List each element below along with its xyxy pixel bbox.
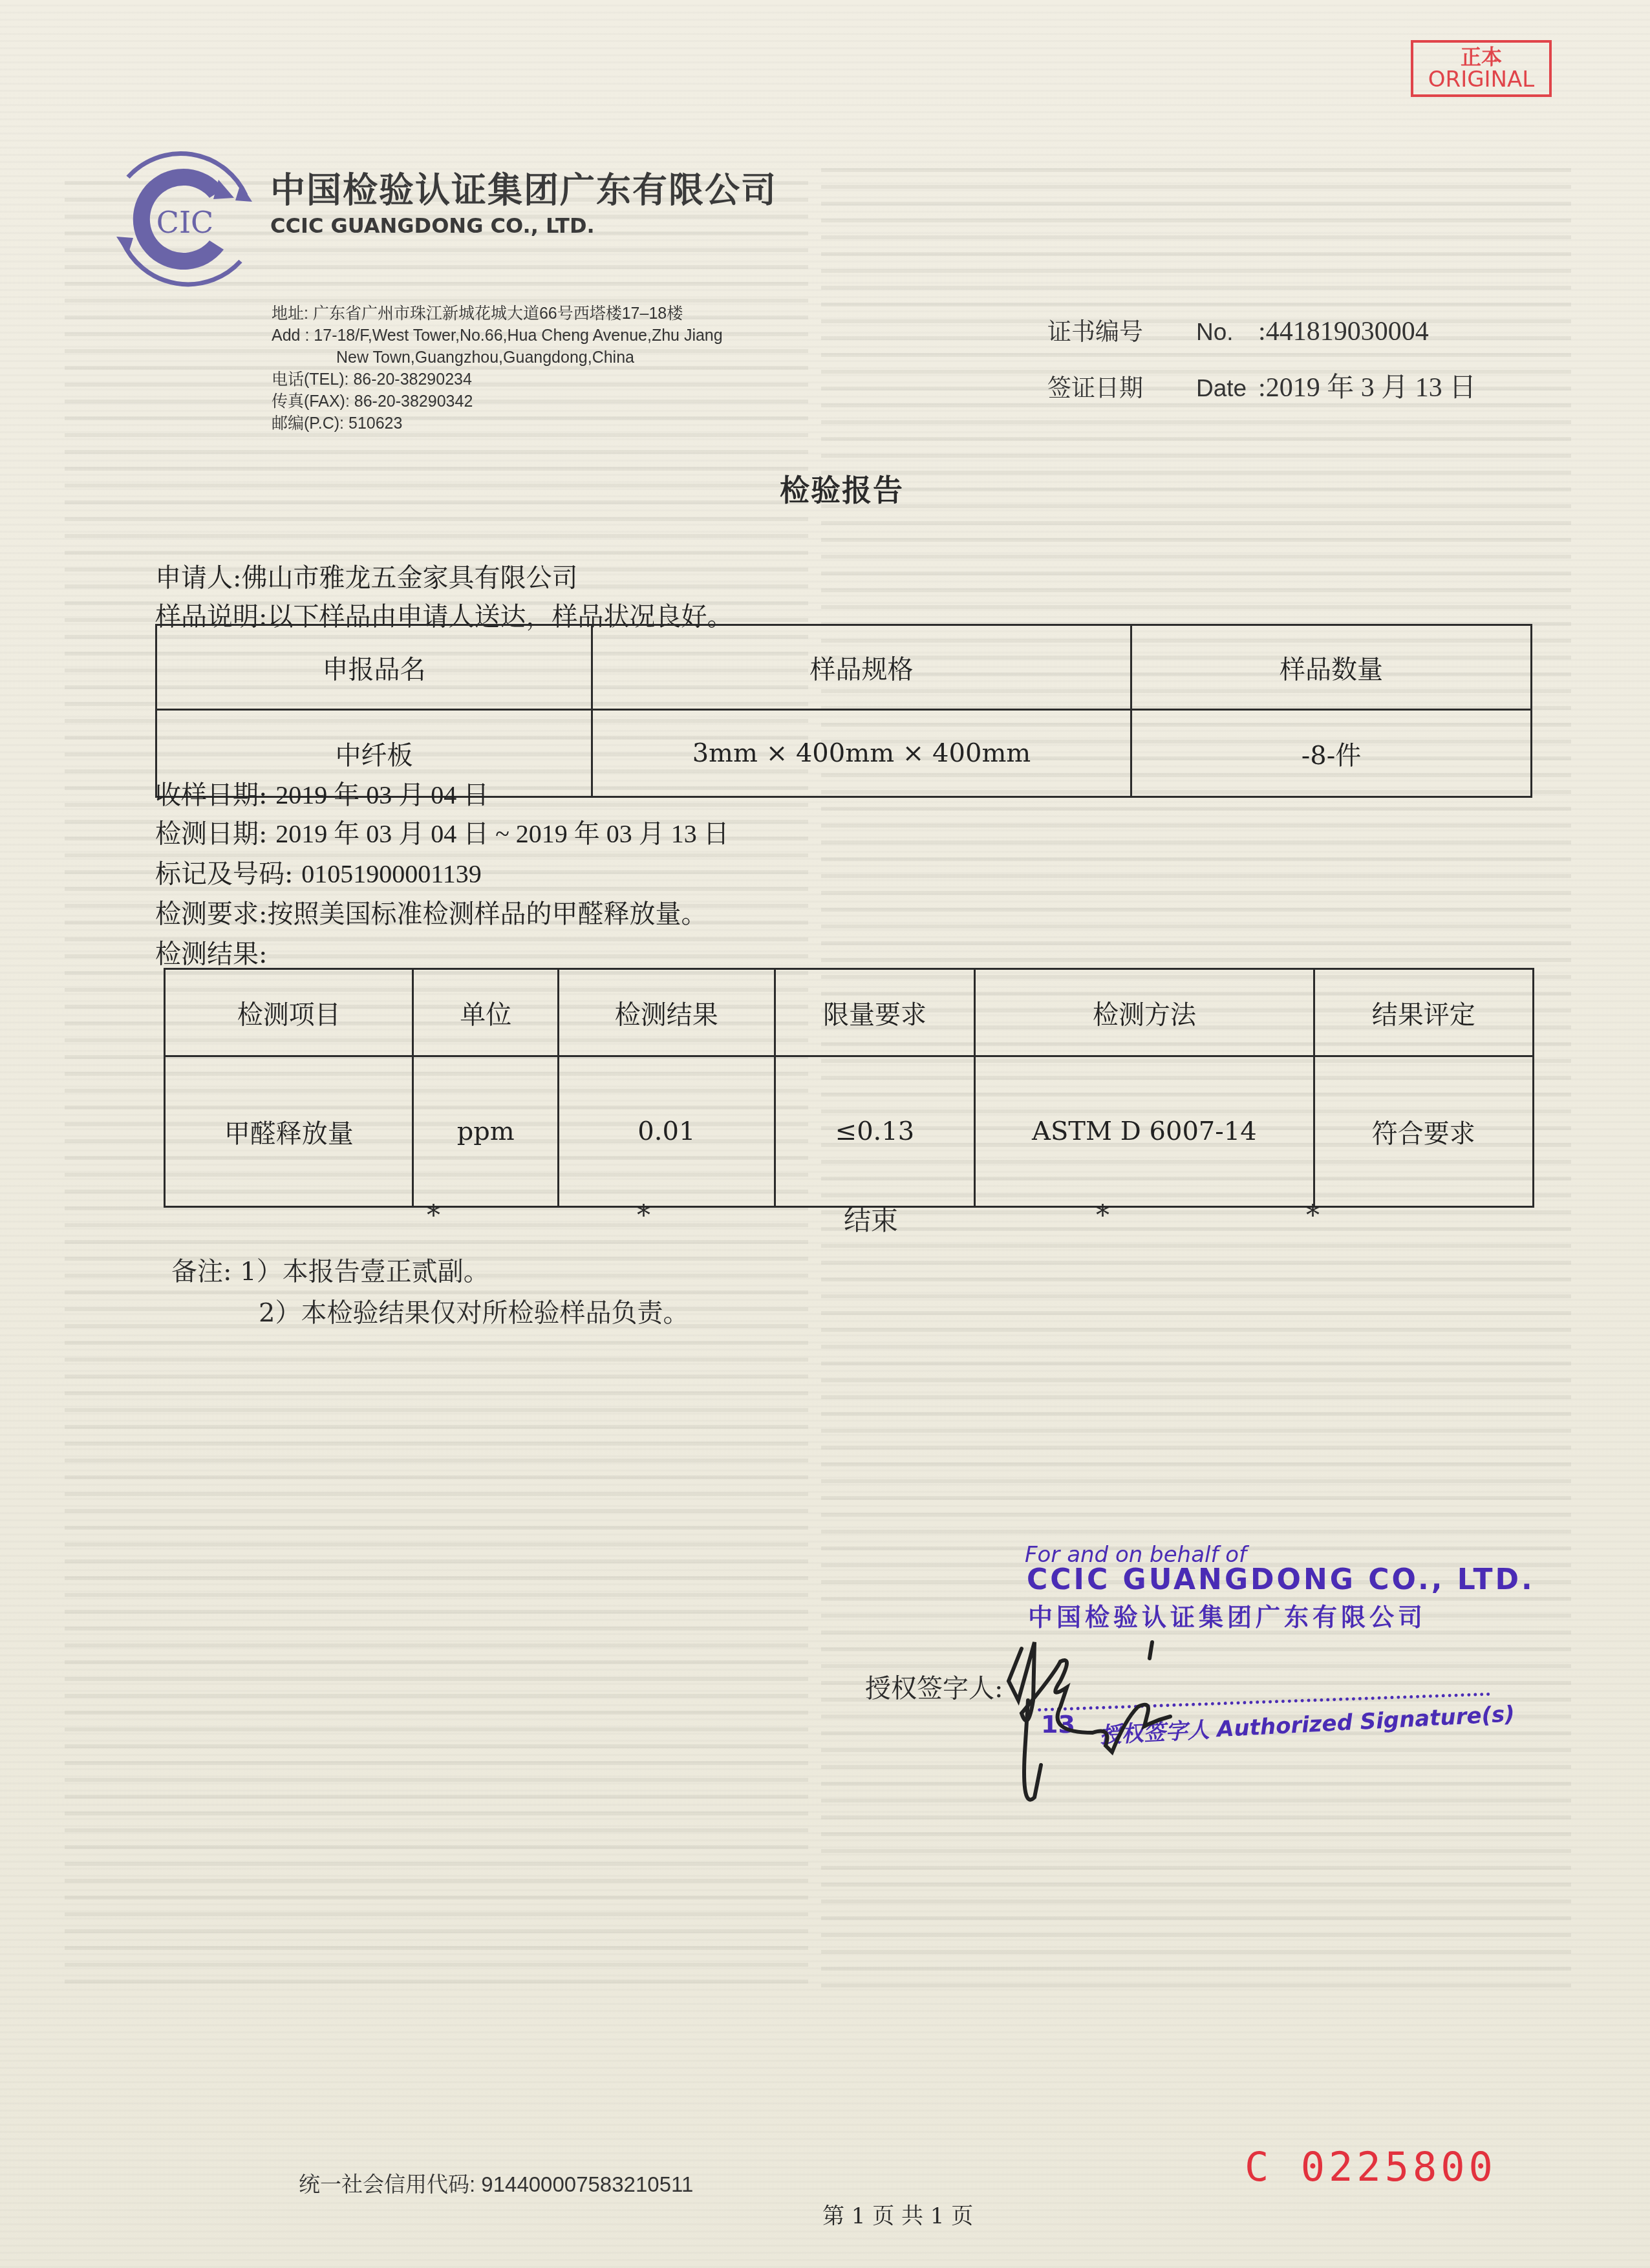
handwritten-signature-icon <box>983 1603 1254 1817</box>
cell-conclusion: 符合要求 <box>1314 1056 1533 1207</box>
fax: 传真(FAX): 86-20-38290342 <box>272 390 723 412</box>
cell-test-item: 甲醛释放量 <box>165 1056 413 1207</box>
company-name-en: CCIC GUANGDONG CO., LTD. <box>270 213 595 238</box>
remark-item-1: 1）本报告壹正贰副。 <box>240 1257 489 1287</box>
test-date-value: 2019 年 03 月 04 日 ~ 2019 年 03 月 13 日 <box>275 819 729 848</box>
end-mark-4: * <box>1096 1199 1109 1231</box>
remarks-label: 备注: <box>171 1257 231 1287</box>
header-test-method: 检测方法 <box>975 969 1314 1056</box>
cell-unit: ppm <box>413 1056 559 1207</box>
test-requirement-row: 检测要求:按照美国标准检测样品的甲醛释放量。 <box>155 893 707 930</box>
receive-date-row: 收样日期: 2019 年 03 月 04 日 <box>155 775 489 811</box>
mark-number-value: 01051900001139 <box>301 859 482 888</box>
postcode: 邮编(P.C): 510623 <box>272 412 723 434</box>
mark-number-row: 标记及号码: 01051900001139 <box>155 853 482 890</box>
page-number: 第 1 页 共 1 页 <box>822 2198 973 2230</box>
serial-number: C 0225800 <box>1245 2143 1497 2190</box>
original-stamp: 正本 ORIGINAL <box>1411 40 1552 97</box>
cell-limit: ≤0.13 <box>775 1056 975 1207</box>
remarks: 备注: 1）本报告壹正贰副。 2）本检验结果仅对所检验样品负责。 <box>171 1251 689 1334</box>
header-specification: 样品规格 <box>592 625 1131 710</box>
company-name-cn: 中国检验认证集团广东有限公司 <box>270 163 777 213</box>
ccic-logo-icon: CIC <box>102 138 266 300</box>
results-table-header: 检测项目 单位 检测结果 限量要求 检测方法 结果评定 <box>165 969 1534 1056</box>
header-unit: 单位 <box>413 969 559 1056</box>
header-test-item: 检测项目 <box>165 969 413 1056</box>
sample-table: 申报品名 样品规格 样品数量 中纤板 3mm × 400mm × 400mm -… <box>155 624 1532 798</box>
original-stamp-en: ORIGINAL <box>1413 69 1549 91</box>
address-en-2: New Town,Guangzhou,Guangdong,China <box>272 347 723 369</box>
header-limit: 限量要求 <box>775 969 975 1056</box>
original-stamp-cn: 正本 <box>1413 47 1549 67</box>
results-table: 检测项目 单位 检测结果 限量要求 检测方法 结果评定 甲醛释放量 ppm 0.… <box>164 968 1534 1208</box>
cell-quantity: -8-件 <box>1131 710 1531 797</box>
test-date-label: 检测日期: <box>155 819 267 849</box>
test-date-row: 检测日期: 2019 年 03 月 04 日 ~ 2019 年 03 月 13 … <box>155 813 729 850</box>
applicant-label: 申请人: <box>155 563 241 593</box>
header-conclusion: 结果评定 <box>1314 969 1533 1056</box>
test-requirement-label: 检测要求: <box>155 899 267 929</box>
contact-block: 地址: 广东省广州市珠江新城花城大道66号西塔楼17–18楼 Add : 17-… <box>272 303 723 434</box>
cert-date-value: :2019 年 3 月 13 日 <box>1258 373 1476 403</box>
address-en-1: Add : 17-18/F,West Tower,No.66,Hua Cheng… <box>272 325 723 347</box>
cert-date-label-en: Date <box>1196 361 1258 416</box>
applicant-row: 申请人:佛山市雅龙五金家具有限公司 <box>155 557 577 594</box>
end-mark-5: * <box>1306 1199 1320 1231</box>
receive-date-label: 收样日期: <box>155 780 267 810</box>
test-requirement-value: 按照美国标准检测样品的甲醛释放量。 <box>267 899 707 929</box>
cell-test-method: ASTM D 6007-14 <box>975 1056 1314 1207</box>
sample-table-header: 申报品名 样品规格 样品数量 <box>156 625 1532 710</box>
end-mark-2: * <box>637 1199 650 1231</box>
table-row: 甲醛释放量 ppm 0.01 ≤0.13 ASTM D 6007-14 符合要求 <box>165 1056 1534 1207</box>
svg-text:CIC: CIC <box>156 205 214 240</box>
telephone: 电话(TEL): 86-20-38290234 <box>272 369 723 390</box>
cert-no-value: :441819030004 <box>1258 317 1429 347</box>
receive-date-value: 2019 年 03 月 04 日 <box>275 780 489 809</box>
applicant-value: 佛山市雅龙五金家具有限公司 <box>241 563 577 593</box>
address-cn: 地址: 广东省广州市珠江新城花城大道66号西塔楼17–18楼 <box>272 303 723 325</box>
cell-test-result: 0.01 <box>559 1056 775 1207</box>
header-quantity: 样品数量 <box>1131 625 1531 710</box>
unified-credit-code: 统一社会信用代码: 914400007583210511 <box>299 2168 693 2198</box>
document-title: 检验报告 <box>780 467 904 509</box>
cell-specification: 3mm × 400mm × 400mm <box>592 710 1131 797</box>
cert-no-label-en: No. <box>1196 305 1258 360</box>
header-product-name: 申报品名 <box>156 625 592 710</box>
certificate-date-row: 签证日期Date:2019 年 3 月 13 日 <box>1047 360 1476 416</box>
remark-1-row: 备注: 1）本报告壹正贰副。 <box>171 1251 689 1292</box>
header-test-result: 检测结果 <box>559 969 775 1056</box>
end-mark-text: 结束 <box>844 1199 898 1238</box>
results-label: 检测结果: <box>155 934 267 970</box>
certificate-info: 证书编号No.:441819030004 签证日期Date:2019 年 3 月… <box>1047 304 1476 416</box>
certificate-number-row: 证书编号No.:441819030004 <box>1047 304 1476 360</box>
cert-no-label-cn: 证书编号 <box>1047 305 1196 360</box>
stamp-company-en: CCIC GUANGDONG CO., LTD. <box>1027 1563 1535 1596</box>
mark-number-label: 标记及号码: <box>155 859 293 889</box>
remark-item-2: 2）本检验结果仅对所检验样品负责。 <box>171 1292 689 1334</box>
end-mark-1: * <box>427 1199 440 1231</box>
cert-date-label-cn: 签证日期 <box>1047 361 1196 416</box>
